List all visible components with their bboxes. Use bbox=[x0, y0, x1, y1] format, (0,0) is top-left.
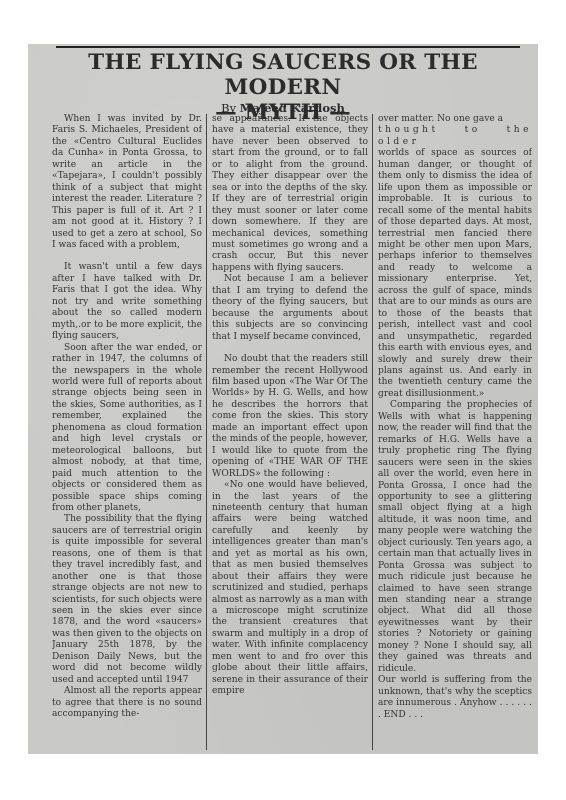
paragraph: Our world is suffering from the unknown,… bbox=[378, 675, 532, 721]
title-line-1: THE FLYING SAUCERS OR THE MODERN bbox=[88, 50, 478, 100]
column-2: se appearances. If the objects have a ma… bbox=[212, 114, 368, 754]
newspaper-clipping: THE FLYING SAUCERS OR THE MODERN — MYTH … bbox=[28, 44, 538, 754]
paragraph: It wasn't until a few days after I have … bbox=[52, 262, 202, 342]
top-rule-divider bbox=[56, 46, 520, 48]
article-body: When I was invited by Dr. Faris S. Micha… bbox=[32, 114, 536, 754]
paragraph: «No one would have believed, in the last… bbox=[212, 480, 368, 698]
paragraph: se appearances. If the objects have a ma… bbox=[212, 114, 368, 274]
paragraph: When I was invited by Dr. Faris S. Micha… bbox=[52, 114, 202, 251]
paragraph: Soon after the war ended, or rather in 1… bbox=[52, 343, 202, 515]
paragraph: The possibility that the flying saucers … bbox=[52, 514, 202, 686]
paragraph: thought to the older bbox=[378, 125, 532, 148]
author-name: Majeed Kardosh bbox=[240, 101, 345, 115]
paragraph: worlds of space as sources of human dang… bbox=[378, 148, 532, 400]
paragraph: Comparing the prophecies of Wells with w… bbox=[378, 400, 532, 675]
column-1: When I was invited by Dr. Faris S. Micha… bbox=[52, 114, 202, 754]
paragraph: Not because I am a believer that I am tr… bbox=[212, 274, 368, 343]
byline-prefix: By bbox=[221, 101, 236, 115]
paragraph: Almost all the reports appear to agree t… bbox=[52, 686, 202, 720]
paragraph: No doubt that the readers still remember… bbox=[212, 354, 368, 480]
column-3: over matter. No one gave a thought to th… bbox=[378, 114, 532, 754]
column-divider bbox=[372, 114, 373, 750]
column-divider bbox=[206, 114, 207, 750]
paragraph: over matter. No one gave a bbox=[378, 114, 532, 125]
byline: By Majeed Kardosh bbox=[28, 101, 538, 115]
